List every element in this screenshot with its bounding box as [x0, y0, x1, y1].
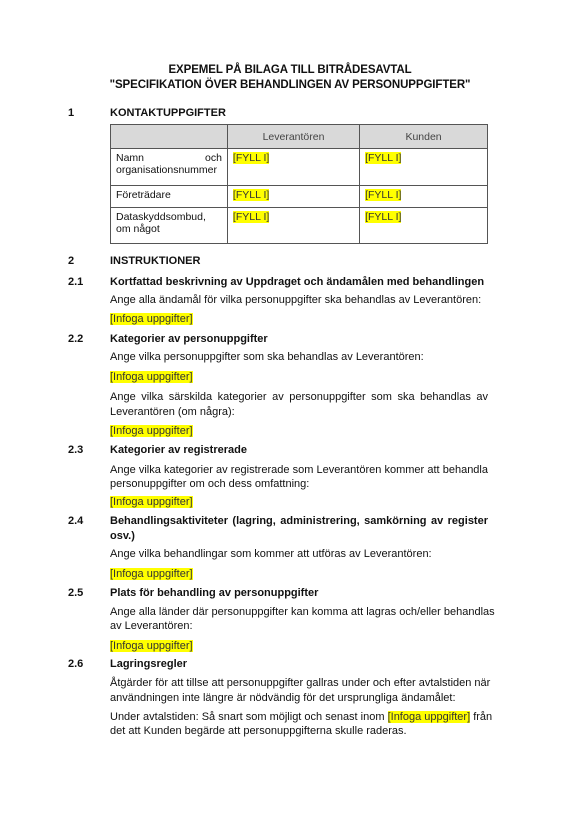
subsection-2-4-text: Ange vilka behandlingar som kommer att u…	[110, 548, 432, 560]
subsection-2-6-heading: Lagringsregler	[110, 658, 187, 670]
subsection-2-6-text-line2: användningen inte längre är nödvändig fö…	[110, 692, 456, 704]
kunden-cell[interactable]: [FYLL I]	[360, 149, 488, 186]
subsection-2-1-heading: Kortfattad beskrivning av Uppdraget och …	[110, 276, 484, 288]
fill-in-placeholder[interactable]: [FYLL I]	[365, 211, 401, 223]
subsection-2-2-heading: Kategorier av personuppgifter	[110, 333, 268, 345]
row-label-line2: om något	[116, 223, 160, 235]
document-title-line2: "SPECIFIKATION ÖVER BEHANDLINGEN AV PERS…	[0, 79, 580, 91]
row-label: Namn och organisationsnummer	[111, 149, 228, 186]
table-row: Namn och organisationsnummer [FYLL I] [F…	[111, 149, 488, 186]
table-header-empty	[111, 125, 228, 149]
subsection-2-5-text-line2: av Leverantören:	[110, 620, 193, 632]
subsection-2-2-text2-line2: Leverantören (om några):	[110, 406, 235, 418]
subsection-2-6-number: 2.6	[68, 658, 83, 670]
row-label-line1: Namn och	[116, 152, 222, 164]
subsection-2-1-text: Ange alla ändamål för vilka personuppgif…	[110, 294, 481, 306]
subsection-2-3-placeholder[interactable]: [Infoga uppgifter]	[110, 496, 193, 508]
fill-in-placeholder[interactable]: [FYLL I]	[365, 189, 401, 201]
row-label: Dataskyddsombud, om något	[111, 208, 228, 244]
table-row: Företrädare [FYLL I] [FYLL I]	[111, 186, 488, 208]
subsection-2-3-text-line2: personuppgifter om och dess omfattning:	[110, 478, 309, 490]
leverantoren-cell[interactable]: [FYLL I]	[227, 186, 359, 208]
table-header-kunden: Kunden	[360, 125, 488, 149]
subsection-2-2-placeholder[interactable]: [Infoga uppgifter]	[110, 371, 193, 383]
section-2-number: 2	[68, 255, 74, 267]
table-header-leverantoren: Leverantören	[227, 125, 359, 149]
subsection-2-4-heading-line1: Behandlingsaktiviteter (lagring, adminis…	[110, 515, 488, 527]
fill-in-placeholder[interactable]: [FYLL I]	[233, 152, 269, 164]
kunden-cell[interactable]: [FYLL I]	[360, 186, 488, 208]
subsection-2-1-number: 2.1	[68, 276, 83, 288]
subsection-2-2-text2-line1: Ange vilka särskilda kategorier av perso…	[110, 391, 488, 403]
row-label-line2: organisationsnummer	[116, 164, 217, 176]
section-1-heading: KONTAKTUPPGIFTER	[110, 107, 226, 119]
section-2-heading: INSTRUKTIONER	[110, 255, 200, 267]
subsection-2-2-placeholder2[interactable]: [Infoga uppgifter]	[110, 425, 193, 437]
fill-in-placeholder[interactable]: [FYLL I]	[365, 152, 401, 164]
subsection-2-5-heading: Plats för behandling av personuppgifter	[110, 587, 318, 599]
leverantoren-cell[interactable]: [FYLL I]	[227, 208, 359, 244]
subsection-2-3-heading: Kategorier av registrerade	[110, 444, 247, 456]
subsection-2-2-text: Ange vilka personuppgifter som ska behan…	[110, 351, 424, 363]
subsection-2-5-number: 2.5	[68, 587, 83, 599]
text2-after: från	[470, 711, 492, 723]
subsection-2-4-placeholder[interactable]: [Infoga uppgifter]	[110, 568, 193, 580]
subsection-2-5-placeholder[interactable]: [Infoga uppgifter]	[110, 640, 193, 652]
section-1-number: 1	[68, 107, 74, 119]
subsection-2-4-heading-line2: osv.)	[110, 530, 135, 542]
table-row: Dataskyddsombud, om något [FYLL I] [FYLL…	[111, 208, 488, 244]
subsection-2-5-text-line1: Ange alla länder där personuppgifter kan…	[110, 606, 488, 618]
subsection-2-2-number: 2.2	[68, 333, 83, 345]
subsection-2-1-placeholder[interactable]: [Infoga uppgifter]	[110, 313, 193, 325]
contact-table: Leverantören Kunden Namn och organisatio…	[110, 124, 488, 244]
row-label: Företrädare	[111, 186, 228, 208]
subsection-2-6-text2-line1: Under avtalstiden: Så snart som möjligt …	[110, 711, 488, 723]
text2-before: Under avtalstiden: Så snart som möjligt …	[110, 711, 388, 723]
leverantoren-cell[interactable]: [FYLL I]	[227, 149, 359, 186]
subsection-2-6-text-line1: Åtgärder för att tillse att personuppgif…	[110, 677, 488, 689]
row-label-line1: Dataskyddsombud,	[116, 211, 222, 223]
kunden-cell[interactable]: [FYLL I]	[360, 208, 488, 244]
subsection-2-6-placeholder[interactable]: [Infoga uppgifter]	[388, 711, 471, 723]
subsection-2-3-text-line1: Ange vilka kategorier av registrerade so…	[110, 464, 488, 476]
fill-in-placeholder[interactable]: [FYLL I]	[233, 211, 269, 223]
subsection-2-4-number: 2.4	[68, 515, 83, 527]
document-title-line1: EXPEMEL PÅ BILAGA TILL BITRÅDESAVTAL	[0, 64, 580, 76]
subsection-2-3-number: 2.3	[68, 444, 83, 456]
fill-in-placeholder[interactable]: [FYLL I]	[233, 189, 269, 201]
subsection-2-6-text2-line2: det att Kunden begärde att personuppgift…	[110, 725, 407, 737]
